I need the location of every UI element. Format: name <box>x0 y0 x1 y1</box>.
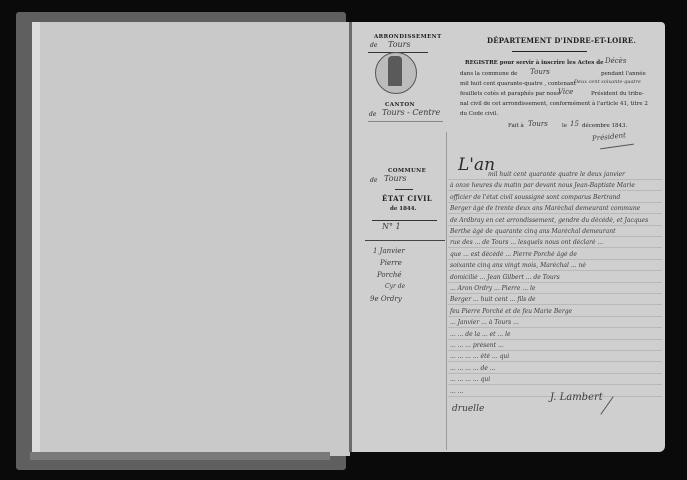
ruled-line <box>448 350 662 351</box>
body-line: officier de l'état civil soussigné sont … <box>450 194 660 201</box>
body-line: ... Janvier ... à Tours ... <box>450 319 660 326</box>
body-line: rue des ... de Tours ... lesquels nous o… <box>450 239 660 246</box>
ruled-line <box>448 270 662 271</box>
fait-day: 15 <box>570 120 579 128</box>
register-value-5: Vice <box>558 88 573 96</box>
body-line: soixante cinq ans vingt mois, Maréchal .… <box>450 262 660 269</box>
body-line: à onze heures du matin par devant nous J… <box>450 182 660 189</box>
entry-note-line: Pierre <box>380 259 402 267</box>
fait-place: Tours <box>528 120 548 128</box>
ruled-line <box>448 247 662 248</box>
ruled-line <box>448 293 662 294</box>
entry-note-line: 1 Janvier <box>373 247 405 255</box>
fait-date-suffix: décembre 1843. <box>582 123 627 129</box>
ruled-line <box>448 282 662 283</box>
register-value-4: Deux cent soixante-quatre <box>574 79 641 85</box>
body-line: ... ... ... ... qui <box>450 376 660 383</box>
separator <box>368 121 443 122</box>
entry-note-line: 9e Ordry <box>370 295 402 303</box>
body-line: feu Pierre Porché et de feu Marie Berge <box>450 308 660 315</box>
body-line: ... ... ... ... été ... qui <box>450 353 660 360</box>
body-line: Berthe âgé de quarante cinq ans Maréchal… <box>450 228 660 235</box>
fait-a-label: Fait à <box>508 123 524 129</box>
cover-bottom-edge <box>30 452 330 460</box>
fait-date-prefix: le <box>562 123 567 129</box>
arrondissement-value: Tours <box>388 40 411 49</box>
ruled-line <box>448 202 662 203</box>
left-page-edge <box>32 22 40 456</box>
ruled-line <box>448 225 662 226</box>
separator <box>395 189 413 190</box>
body-line: domicilié ... Jean Gilbert ... de Tours <box>450 274 660 281</box>
ruled-line <box>448 339 662 340</box>
arrondissement-prefix: de <box>370 42 377 49</box>
register-text-2: dans la commune de <box>460 71 517 77</box>
entry-note-line: Cyr de <box>385 283 405 290</box>
body-line: mil huit cent quarante quatre le deux ja… <box>488 171 660 178</box>
body-line: ... ... de la ... et ... le <box>450 331 660 338</box>
canton-prefix: de <box>369 111 376 118</box>
body-line: ... Aron Ordry ... Pierre ... le <box>450 285 660 292</box>
ornamental-rule <box>372 220 437 221</box>
ruled-line <box>448 316 662 317</box>
register-text-4: mil huit cent quarante-quatre , contenan… <box>460 81 576 87</box>
body-line: ... ... ... ... de ... <box>450 365 660 372</box>
entry-note-line: Porché <box>377 271 402 279</box>
body-line: Berger âgé de trente deux ans Maréchal d… <box>450 205 660 212</box>
ruled-line <box>448 236 662 237</box>
separator <box>365 240 445 241</box>
margin-column-rule <box>446 132 447 450</box>
register-text-5: feuillets cotés et paraphés par nous <box>460 91 560 97</box>
register-value-1: Décès <box>605 57 626 65</box>
register-text-7: nal civil de cet arrondissement, conform… <box>460 101 648 107</box>
register-line-1: REGISTRE pour servir à inscrire les Acte… <box>465 60 604 66</box>
ruled-line <box>448 259 662 260</box>
ruled-line <box>448 304 662 305</box>
canton-value: Tours - Centre <box>382 108 440 117</box>
ruled-line <box>448 213 662 214</box>
ruled-line <box>448 384 662 385</box>
body-line: que ... est décédé ... Pierre Porché âgé… <box>450 251 660 258</box>
register-text-6: Président du tribu- <box>591 91 644 97</box>
register-text-8: du Code civil. <box>460 111 498 117</box>
department-title: DÉPARTEMENT D'INDRE-ET-LOIRE. <box>487 36 636 45</box>
body-line: Berger ... huit cent ... fils de <box>450 296 660 303</box>
body-line: de Ardbray en cet arrondissement, gendre… <box>450 217 660 224</box>
commune-prefix: de <box>370 177 377 184</box>
act-number: N° 1 <box>382 222 401 231</box>
ruled-line <box>448 179 662 180</box>
left-page-blank <box>32 22 350 456</box>
register-value-2: Tours <box>530 68 550 76</box>
ruled-line <box>448 327 662 328</box>
etat-civil-label: ÉTAT CIVIL <box>382 194 432 203</box>
commune-value: Tours <box>384 174 407 183</box>
ruled-line <box>448 373 662 374</box>
signature-left: druelle <box>452 404 484 414</box>
seal-figure-icon <box>388 56 402 86</box>
ornamental-rule <box>512 51 587 52</box>
body-line: ... ... ... présent ... <box>450 342 660 349</box>
register-text-1: REGISTRE pour servir à inscrire les Acte… <box>465 60 604 66</box>
ruled-line <box>448 190 662 191</box>
register-text-3: pendant l'année <box>601 71 646 77</box>
signature-right: J. Lambert <box>550 392 603 403</box>
ruled-line <box>448 361 662 362</box>
year-label: de 1844. <box>390 206 416 212</box>
